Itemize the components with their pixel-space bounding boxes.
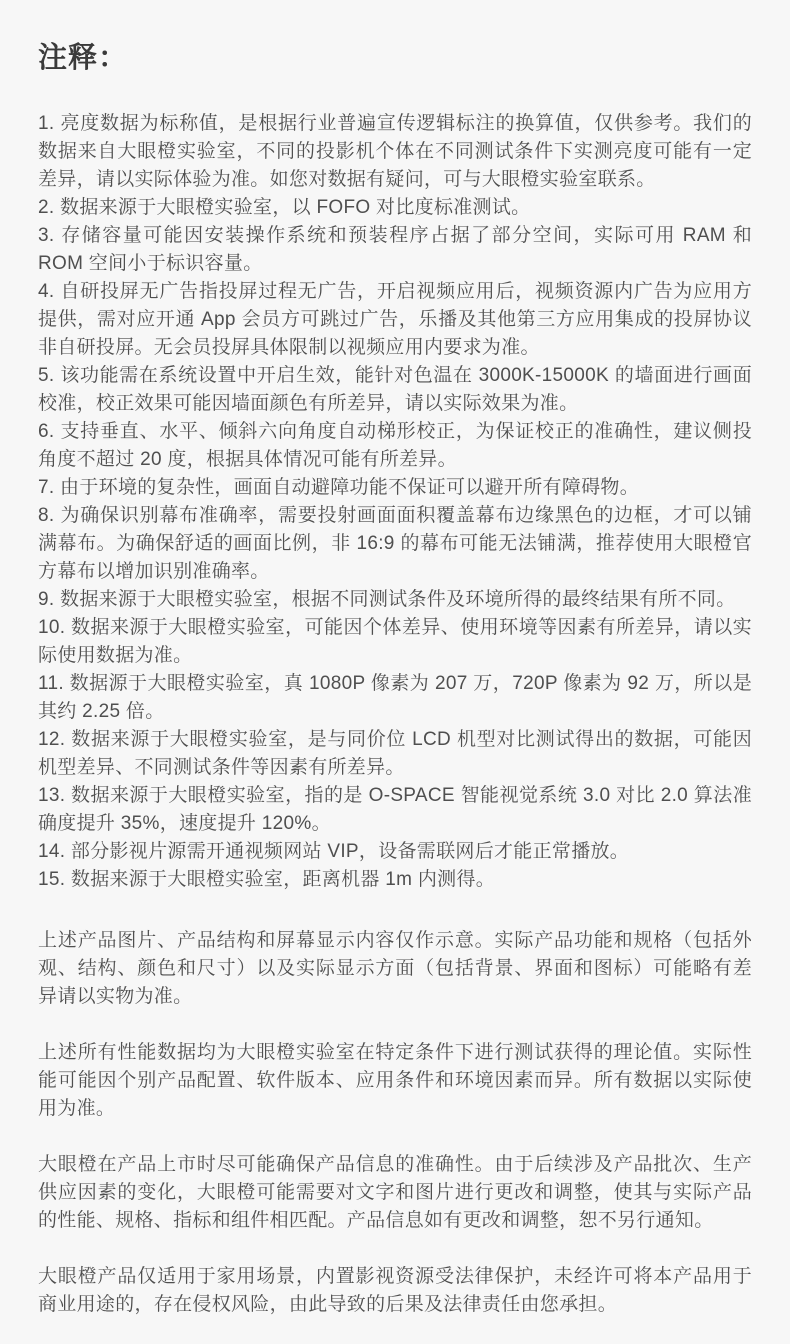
note-item-4: 4. 自研投屏无广告指投屏过程无广告，开启视频应用后，视频资源内广告为应用方提供… — [38, 278, 752, 362]
note-item-2: 2. 数据来源于大眼橙实验室，以 FOFO 对比度标准测试。 — [38, 194, 752, 222]
note-item-8: 8. 为确保识别幕布准确率，需要投射画面面积覆盖幕布边缘黑色的边框，才可以铺满幕… — [38, 502, 752, 586]
note-item-3: 3. 存储容量可能因安装操作系统和预装程序占据了部分空间，实际可用 RAM 和 … — [38, 222, 752, 278]
note-item-6: 6. 支持垂直、水平、倾斜六向角度自动梯形校正，为保证校正的准确性，建议侧投角度… — [38, 418, 752, 474]
disclaimer-paragraph-1: 上述产品图片、产品结构和屏幕显示内容仅作示意。实际产品功能和规格（包括外观、结构… — [38, 927, 752, 1011]
note-item-14: 14. 部分影视片源需开通视频网站 VIP，设备需联网后才能正常播放。 — [38, 838, 752, 866]
note-item-12: 12. 数据来源于大眼橙实验室，是与同价位 LCD 机型对比测试得出的数据，可能… — [38, 726, 752, 782]
page-title: 注释： — [38, 40, 752, 78]
note-item-10: 10. 数据来源于大眼橙实验室，可能因个体差异、使用环境等因素有所差异，请以实际… — [38, 614, 752, 670]
disclaimer-section: 上述产品图片、产品结构和屏幕显示内容仅作示意。实际产品功能和规格（包括外观、结构… — [38, 927, 752, 1319]
disclaimer-paragraph-3: 大眼橙在产品上市时尽可能确保产品信息的准确性。由于后续涉及产品批次、生产供应因素… — [38, 1151, 752, 1235]
notes-disclaimer-page: 注释： 1. 亮度数据为标称值，是根据行业普遍宣传逻辑标注的换算值，仅供参考。我… — [0, 0, 790, 1344]
disclaimer-paragraph-2: 上述所有性能数据均为大眼橙实验室在特定条件下进行测试获得的理论值。实际性能可能因… — [38, 1039, 752, 1123]
note-item-13: 13. 数据来源于大眼橙实验室，指的是 O-SPACE 智能视觉系统 3.0 对… — [38, 782, 752, 838]
note-item-11: 11. 数据源于大眼橙实验室，真 1080P 像素为 207 万，720P 像素… — [38, 670, 752, 726]
note-item-5: 5. 该功能需在系统设置中开启生效，能针对色温在 3000K-15000K 的墙… — [38, 362, 752, 418]
note-item-1: 1. 亮度数据为标称值，是根据行业普遍宣传逻辑标注的换算值，仅供参考。我们的数据… — [38, 110, 752, 194]
notes-list: 1. 亮度数据为标称值，是根据行业普遍宣传逻辑标注的换算值，仅供参考。我们的数据… — [38, 110, 752, 894]
disclaimer-paragraph-4: 大眼橙产品仅适用于家用场景，内置影视资源受法律保护，未经许可将本产品用于商业用途… — [38, 1263, 752, 1319]
note-item-7: 7. 由于环境的复杂性，画面自动避障功能不保证可以避开所有障碍物。 — [38, 474, 752, 502]
note-item-15: 15. 数据来源于大眼橙实验室，距离机器 1m 内测得。 — [38, 866, 752, 894]
note-item-9: 9. 数据来源于大眼橙实验室，根据不同测试条件及环境所得的最终结果有所不同。 — [38, 586, 752, 614]
